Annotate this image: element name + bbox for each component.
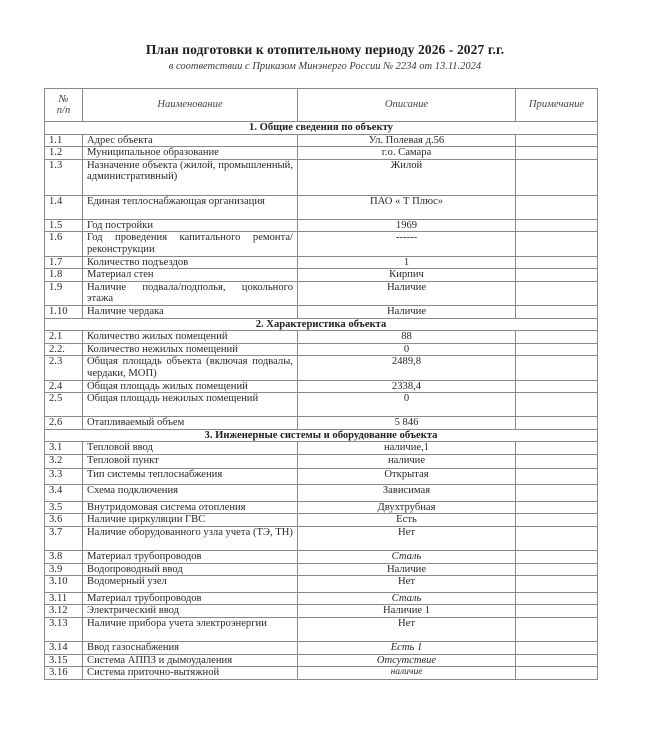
row-number: 1.8 [45,269,83,282]
table-row: 3.16Система приточно-вытяжнойналичие [45,667,598,680]
row-name: Год проведения капитального ремонта/реко… [83,232,298,256]
row-description: 2489,8 [298,356,516,380]
row-number: 2.6 [45,417,83,430]
row-number: 3.4 [45,485,83,502]
row-name: Схема подключения [83,485,298,502]
table-row: 1.3Назначение объекта (жилой, промышленн… [45,159,598,195]
row-number: 3.6 [45,514,83,527]
row-description: 1 [298,256,516,269]
row-description: г.о. Самара [298,147,516,160]
section-row: 2. Характеристика объекта [45,318,598,331]
row-number: 3.3 [45,468,83,485]
row-description: 0 [298,393,516,417]
document-subtitle: в соответствии с Приказом Минэнерго Росс… [0,61,650,72]
row-description: 5 846 [298,417,516,430]
row-number: 3.14 [45,641,83,654]
row-name: Наличие оборудованного узла учета (ТЭ, Т… [83,527,298,551]
table-row: 3.10Водомерный узелНет [45,576,598,593]
table-row: 3.1Тепловой вводналичие,1 [45,442,598,455]
table-row: 3.12Электрический вводНаличие 1 [45,605,598,618]
row-description: 2338,4 [298,380,516,393]
row-note [516,617,598,641]
row-name: Общая площадь объекта (включая подвалы, … [83,356,298,380]
row-name: Водомерный узел [83,576,298,593]
row-number: 2.4 [45,380,83,393]
row-name: Электрический ввод [83,605,298,618]
header-name: Наименование [83,89,298,122]
row-number: 3.8 [45,551,83,564]
table-row: 1.9Наличие подвала/подполья, цокольного … [45,281,598,305]
table-row: 2.2.Количество нежилых помещений0 [45,343,598,356]
row-number: 3.10 [45,576,83,593]
section-row: 1. Общие сведения по объекту [45,122,598,135]
row-note [516,454,598,468]
row-note [516,514,598,527]
row-note [516,305,598,318]
row-note [516,269,598,282]
row-name: Наличие прибора учета электроэнергии [83,617,298,641]
row-description: 1969 [298,219,516,232]
table-row: 3.6Наличие циркуляции ГВСЕсть [45,514,598,527]
row-note [516,195,598,219]
row-description: 88 [298,331,516,344]
row-note [516,527,598,551]
row-note [516,159,598,195]
row-description: Нет [298,617,516,641]
table-row: 1.5Год постройки1969 [45,219,598,232]
row-description: Сталь [298,551,516,564]
row-note [516,380,598,393]
row-number: 1.9 [45,281,83,305]
row-name: Водопроводный ввод [83,563,298,576]
table-row: 3.2Тепловой пунктналичие [45,454,598,468]
row-name: Система АППЗ и дымоудаления [83,654,298,667]
table-row: 3.4Схема подключенияЗависимая [45,485,598,502]
row-note [516,551,598,564]
row-note [516,667,598,680]
row-note [516,219,598,232]
row-name: Ввод газоснабжения [83,641,298,654]
row-number: 2.2. [45,343,83,356]
row-number: 3.5 [45,501,83,514]
row-description: Двухтрубная [298,501,516,514]
table-row: 1.4Единая теплоснабжающая организацияПАО… [45,195,598,219]
table-row: 1.2Муниципальное образованиег.о. Самара [45,147,598,160]
header-num: №п/п [45,89,83,122]
table-header-row: №п/п Наименование Описание Примечание [45,89,598,122]
row-note [516,281,598,305]
row-description: Есть [298,514,516,527]
row-name: Единая теплоснабжающая организация [83,195,298,219]
row-note [516,134,598,147]
section-title: 1. Общие сведения по объекту [45,122,598,135]
row-number: 1.10 [45,305,83,318]
row-description: Наличие [298,281,516,305]
row-description: Есть 1 [298,641,516,654]
row-number: 3.9 [45,563,83,576]
row-number: 1.2 [45,147,83,160]
table-row: 1.6Год проведения капитального ремонта/р… [45,232,598,256]
row-description: Наличие [298,305,516,318]
row-name: Количество подъездов [83,256,298,269]
row-note [516,501,598,514]
row-name: Муниципальное образование [83,147,298,160]
row-description: Жилой [298,159,516,195]
row-number: 3.13 [45,617,83,641]
row-number: 3.11 [45,592,83,605]
row-description: Наличие 1 [298,605,516,618]
row-description: Нет [298,576,516,593]
row-number: 1.6 [45,232,83,256]
row-name: Внутридомовая система отопления [83,501,298,514]
table-row: 3.5Внутридомовая система отопленияДвухтр… [45,501,598,514]
table-row: 3.13Наличие прибора учета электроэнергии… [45,617,598,641]
row-description: Кирпич [298,269,516,282]
row-number: 1.1 [45,134,83,147]
row-description: 0 [298,343,516,356]
table-row: 3.9Водопроводный вводНаличие [45,563,598,576]
row-name: Отапливаемый объем [83,417,298,430]
table-row: 1.8Материал стенКирпич [45,269,598,282]
heating-plan-table: №п/п Наименование Описание Примечание 1.… [44,88,598,680]
row-name: Количество жилых помещений [83,331,298,344]
row-name: Тепловой пункт [83,454,298,468]
row-number: 2.1 [45,331,83,344]
section-title: 2. Характеристика объекта [45,318,598,331]
table-row: 3.11Материал трубопроводовСталь [45,592,598,605]
table-body: 1. Общие сведения по объекту1.1Адрес объ… [45,122,598,680]
row-name: Материал трубопроводов [83,592,298,605]
table-row: 1.1Адрес объектаУл. Полевая д.56 [45,134,598,147]
row-number: 3.1 [45,442,83,455]
row-note [516,485,598,502]
row-note [516,232,598,256]
row-note [516,605,598,618]
row-name: Наличие чердака [83,305,298,318]
table-row: 2.1Количество жилых помещений88 [45,331,598,344]
row-number: 3.16 [45,667,83,680]
row-description: наличие [298,454,516,468]
row-description: ПАО « Т Плюс» [298,195,516,219]
row-number: 2.5 [45,393,83,417]
row-number: 1.3 [45,159,83,195]
table-row: 3.14Ввод газоснабженияЕсть 1 [45,641,598,654]
row-number: 3.15 [45,654,83,667]
table-row: 3.7Наличие оборудованного узла учета (ТЭ… [45,527,598,551]
row-note [516,393,598,417]
row-name: Материал трубопроводов [83,551,298,564]
document-title: План подготовки к отопительному периоду … [0,42,650,58]
row-number: 1.5 [45,219,83,232]
row-note [516,356,598,380]
row-note [516,641,598,654]
row-name: Назначение объекта (жилой, промышленный,… [83,159,298,195]
row-note [516,442,598,455]
row-description: Зависимая [298,485,516,502]
header-description: Описание [298,89,516,122]
row-description: наличие,1 [298,442,516,455]
row-note [516,343,598,356]
row-name: Общая площадь нежилых помещений [83,393,298,417]
row-description: наличие [298,667,516,680]
row-description: Открытая [298,468,516,485]
row-name: Тип системы теплоснабжения [83,468,298,485]
table-row: 2.4Общая площадь жилых помещений2338,4 [45,380,598,393]
row-note [516,331,598,344]
row-name: Общая площадь жилых помещений [83,380,298,393]
row-description: Наличие [298,563,516,576]
row-description: Отсутствие [298,654,516,667]
table-row: 1.7Количество подъездов1 [45,256,598,269]
row-number: 2.3 [45,356,83,380]
table-row: 3.8Материал трубопроводовСталь [45,551,598,564]
row-number: 3.12 [45,605,83,618]
row-description: ------ [298,232,516,256]
table-row: 2.3Общая площадь объекта (включая подвал… [45,356,598,380]
row-name: Наличие подвала/подполья, цокольного эта… [83,281,298,305]
row-note [516,417,598,430]
row-description: Ул. Полевая д.56 [298,134,516,147]
table-row: 3.15Система АППЗ и дымоудаленияОтсутстви… [45,654,598,667]
row-description: Сталь [298,592,516,605]
row-number: 1.7 [45,256,83,269]
row-name: Количество нежилых помещений [83,343,298,356]
row-note [516,592,598,605]
header-note: Примечание [516,89,598,122]
table-row: 2.5Общая площадь нежилых помещений0 [45,393,598,417]
section-title: 3. Инженерные системы и оборудование объ… [45,429,598,442]
row-description: Нет [298,527,516,551]
row-note [516,256,598,269]
section-row: 3. Инженерные системы и оборудование объ… [45,429,598,442]
row-note [516,147,598,160]
row-name: Год постройки [83,219,298,232]
row-note [516,576,598,593]
row-number: 1.4 [45,195,83,219]
row-number: 3.2 [45,454,83,468]
row-name: Наличие циркуляции ГВС [83,514,298,527]
row-name: Система приточно-вытяжной [83,667,298,680]
table-row: 2.6Отапливаемый объем5 846 [45,417,598,430]
row-name: Материал стен [83,269,298,282]
row-name: Тепловой ввод [83,442,298,455]
row-note [516,563,598,576]
row-number: 3.7 [45,527,83,551]
row-note [516,654,598,667]
table-row: 3.3Тип системы теплоснабженияОткрытая [45,468,598,485]
row-note [516,468,598,485]
row-name: Адрес объекта [83,134,298,147]
table-row: 1.10Наличие чердакаНаличие [45,305,598,318]
